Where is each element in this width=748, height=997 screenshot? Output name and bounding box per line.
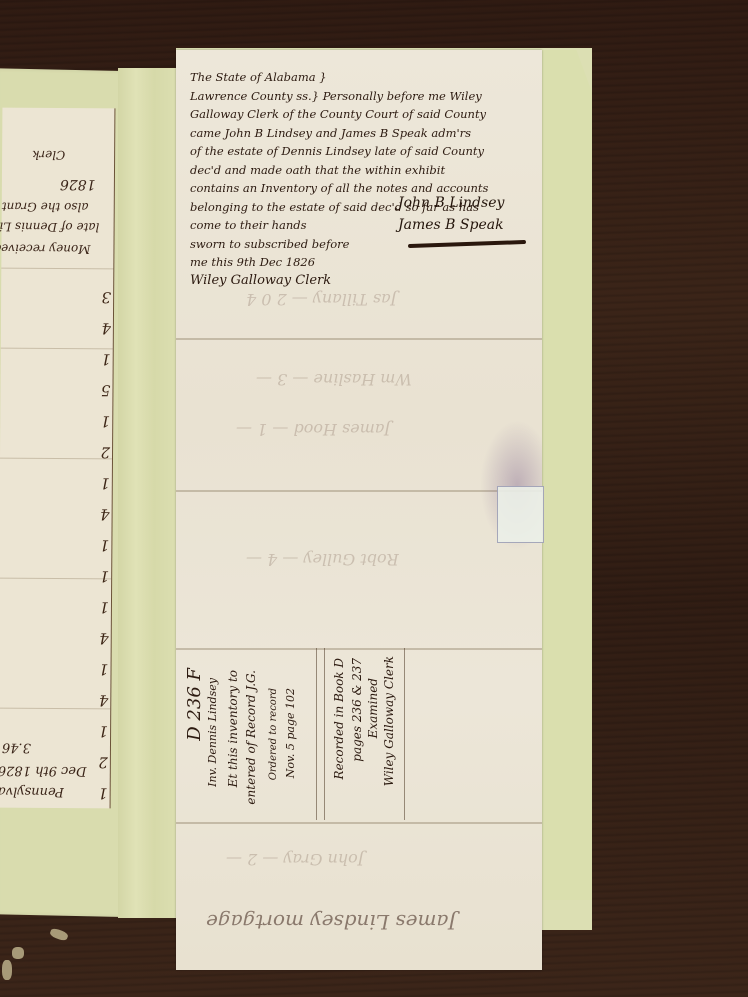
administrator-signatures: John B Lindsey James B Speak xyxy=(398,192,504,236)
repair-tape xyxy=(497,486,544,543)
left-footer-place: Pennsylvania xyxy=(0,783,64,799)
docket-clerk: Wiley Galloway Clerk xyxy=(382,656,396,786)
oath-text: The State of Alabama } Lawrence County s… xyxy=(190,68,530,290)
left-num: 1 xyxy=(68,660,108,678)
folder-spine xyxy=(118,68,178,918)
body-line: me this 9th Dec 1826 xyxy=(190,253,530,272)
left-header-grant: also the Grant xyxy=(2,200,89,215)
docket-endorsement: D 236 F Inv. Dennis Lindsey Et this inve… xyxy=(176,648,542,823)
bleed-through-text: James Hood — 1 — xyxy=(236,420,391,439)
docket-order: Ordered to record xyxy=(268,688,279,780)
docket-number: D 236 F xyxy=(184,668,205,741)
left-num: 1 xyxy=(71,350,111,368)
left-num: 1 xyxy=(69,598,109,616)
left-footer-date: Dec 9th 1826 xyxy=(0,763,86,779)
docket-subtitle: Et this inventory to xyxy=(226,670,240,787)
bleed-through-text: John Gray — 2 — xyxy=(226,850,364,869)
body-line: came John B Lindsey and James B Speak ad… xyxy=(190,124,530,143)
left-num: 4 xyxy=(71,319,111,337)
folder-tab xyxy=(540,50,592,900)
header-line-2: Lawrence County ss.} Personally before m… xyxy=(190,87,530,106)
fold-line xyxy=(1,268,113,270)
bleed-through-text: James Lindsey mortgage xyxy=(206,910,456,934)
left-number-column: 3 4 1 5 1 2 1 4 1 1 1 4 1 4 1 2 1 xyxy=(68,288,112,802)
docket-entered: entered of Record J.G. xyxy=(244,670,258,805)
left-header-estate: late of Dennis Lin xyxy=(0,220,99,235)
left-num: 1 xyxy=(69,567,109,585)
left-num: 4 xyxy=(69,629,109,647)
bleed-through-text: Robt Gulley — 4 — xyxy=(246,550,399,569)
signature-john-lindsey: John B Lindsey xyxy=(398,192,504,214)
signature-james-speak: James B Speak xyxy=(398,214,504,236)
left-num: 3 xyxy=(71,288,111,306)
docket-page-ref: Nov. 5 page 102 xyxy=(284,688,297,778)
header-line-1: The State of Alabama } xyxy=(190,68,530,87)
left-num: 1 xyxy=(70,474,110,492)
docket-title: Inv. Dennis Lindsey xyxy=(206,678,219,787)
bleed-through-text: Wm Hasline — 3 — xyxy=(256,370,412,389)
clerk-signature: Wiley Galloway Clerk xyxy=(190,272,530,291)
left-header-clerk: Clerk xyxy=(32,148,65,162)
docket-recorded: Recorded in Book D xyxy=(332,658,346,779)
left-num: 1 xyxy=(70,412,110,430)
body-line: of the estate of Dennis Lindsey late of … xyxy=(190,142,530,161)
left-num: 4 xyxy=(70,505,110,523)
docket-pages: pages 236 & 237 xyxy=(350,658,364,762)
left-header-money: Money received xyxy=(0,242,91,257)
left-num: 4 xyxy=(68,691,108,709)
left-num: 1 xyxy=(68,784,108,802)
fold-line xyxy=(176,338,542,340)
paper-flake xyxy=(2,960,12,980)
body-line: Galloway Clerk of the County Court of sa… xyxy=(190,105,530,124)
left-num: 2 xyxy=(70,443,110,461)
docket-rule xyxy=(404,648,405,820)
left-num: 1 xyxy=(69,536,109,554)
body-line: dec'd and made oath that the within exhi… xyxy=(190,161,530,180)
docket-rule xyxy=(316,648,317,820)
docket-rule xyxy=(324,648,325,820)
paper-flake xyxy=(12,947,24,959)
docket-examined: Examined xyxy=(366,678,380,738)
left-document-stack: Clerk 1826 also the Grant late of Dennis… xyxy=(0,108,115,809)
left-num: 1 xyxy=(68,722,108,740)
bleed-through-text: Jas Tillany — 2 0 4 xyxy=(246,290,397,309)
left-footer-amount: 3.46 xyxy=(2,740,31,755)
left-header-year: 1826 xyxy=(60,176,96,192)
left-num: 5 xyxy=(70,381,110,399)
